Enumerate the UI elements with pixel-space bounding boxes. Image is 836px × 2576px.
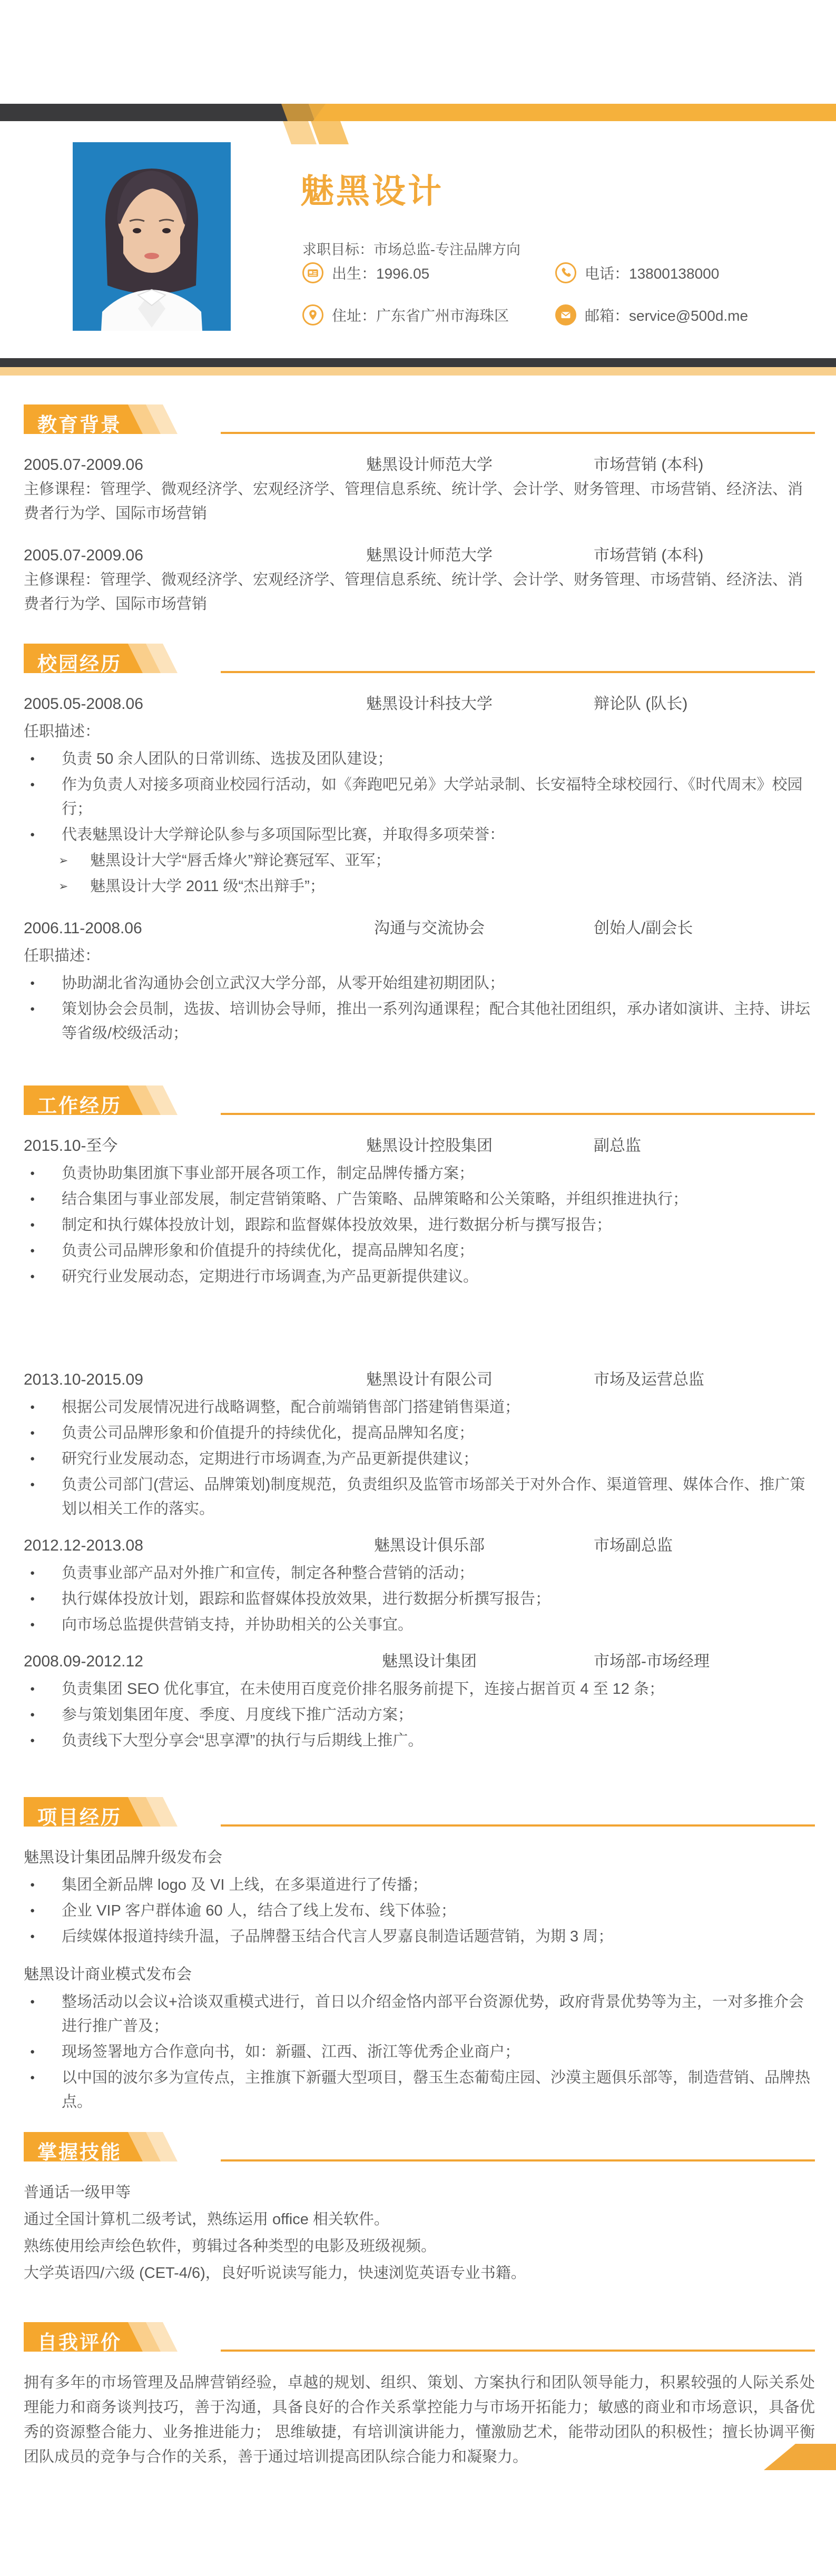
- section-rule: [221, 432, 815, 434]
- resume-page: 魅黑设计 求职目标：市场总监-专注品牌方向 出生：1996.05 电话：1380…: [0, 0, 836, 2576]
- job-objective: 求职目标：市场总监-专注品牌方向: [302, 238, 520, 259]
- section-badge: 工作经历: [24, 1085, 198, 1115]
- skill-line: 大学英语四/六级 (CET-4/6)，良好听说读写能力，快速浏览英语专业书籍。: [24, 2261, 815, 2285]
- phone-icon: [555, 262, 576, 283]
- section-rule: [221, 1113, 815, 1115]
- bullet-item: 制定和执行媒体投放计划，跟踪和监督媒体投放效果，进行数据分析与撰写报告；: [24, 1213, 815, 1237]
- entry-courses: 主修课程：管理学、微观经济学、宏观经济学、管理信息系统、统计学、会计学、财务管理…: [24, 568, 815, 616]
- bullet-item: 负责 50 余人团队的日常训练、选拔及团队建设；: [24, 747, 815, 771]
- entry-period: 2006.11-2008.06: [24, 916, 287, 941]
- entry-period: 2012.12-2013.08: [24, 1534, 287, 1558]
- entry-bullet-list: 协助湖北省沟通协会创立武汉大学分部，从零开始组建初期团队； 策划协会会员制，选拔…: [24, 971, 815, 1045]
- section-campus: 校园经历 2005.05-2008.06 魅黑设计科技大学 辩论队 (队长) 任…: [24, 644, 815, 1045]
- entry-role: 创始人/副会长: [572, 916, 815, 941]
- entry-courses: 主修课程：管理学、微观经济学、宏观经济学、管理信息系统、统计学、会计学、财务管理…: [24, 477, 815, 526]
- entry-heading-row: 2008.09-2012.12 魅黑设计集团 市场部-市场经理: [24, 1650, 815, 1674]
- section-skills-header: 掌握技能: [24, 2132, 815, 2162]
- entry-heading-row: 2005.05-2008.06 魅黑设计科技大学 辩论队 (队长): [24, 692, 815, 716]
- section-projects-header: 项目经历: [24, 1797, 815, 1827]
- bullet-item: 协助湖北省沟通协会创立武汉大学分部，从零开始组建初期团队；: [24, 971, 815, 995]
- campus-entry: 2006.11-2008.06 沟通与交流协会 创始人/副会长 任职描述： 协助…: [24, 916, 815, 1045]
- section-title: 工作经历: [37, 1090, 122, 1118]
- contact-info: 出生：1996.05 电话：13800138000 住址：广东省广州市海珠区 邮…: [302, 262, 808, 325]
- bullet-item: 负责协助集团旗下事业部开展各项工作，制定品牌传播方案；: [24, 1161, 815, 1186]
- campus-entry: 2005.05-2008.06 魅黑设计科技大学 辩论队 (队长) 任职描述： …: [24, 692, 815, 899]
- contact-address-text: 住址：广东省广州市海珠区: [332, 304, 509, 325]
- contact-email-text: 邮箱：service@500d.me: [585, 304, 748, 325]
- skill-line: 熟练使用绘声绘色软件，剪辑过各种类型的电影及班级视频。: [24, 2234, 815, 2258]
- section-title: 校园经历: [37, 648, 122, 676]
- entry-organization: 魅黑设计俱乐部: [287, 1534, 572, 1558]
- entry-role: 市场及运营总监: [572, 1368, 815, 1392]
- section-projects: 项目经历 魅黑设计集团品牌升级发布会 集团全新品牌 logo 及 VI 上线，在…: [24, 1797, 815, 2114]
- entry-organization: 魅黑设计控股集团: [287, 1134, 572, 1158]
- entry-bullet-list: 负责集团 SEO 优化事宜，在未使用百度竞价排名服务前提下，连接占据首页 4 至…: [24, 1677, 815, 1753]
- id-card-icon: [302, 262, 323, 283]
- top-banner-decorative-tail: [283, 121, 317, 144]
- entry-heading-row: 2005.07-2009.06 魅黑设计师范大学 市场营销 (本科): [24, 453, 815, 477]
- bullet-item: 根据公司发展情况进行战略调整，配合前端销售部门搭建销售渠道；: [24, 1395, 815, 1419]
- bullet-item: 负责公司部门(营运、品牌策划)制度规范，负责组织及监管市场部关于对外合作、渠道管…: [24, 1473, 815, 1521]
- bullet-item: 集团全新品牌 logo 及 VI 上线，在多渠道进行了传播；: [24, 1873, 815, 1897]
- work-entry: 2015.10-至今 魅黑设计控股集团 副总监 负责协助集团旗下事业部开展各项工…: [24, 1134, 815, 1289]
- section-campus-header: 校园经历: [24, 644, 815, 673]
- entry-bullet-list: 负责 50 余人团队的日常训练、选拔及团队建设； 作为负责人对接多项商业校园行活…: [24, 747, 815, 847]
- education-entry: 2005.07-2009.06 魅黑设计师范大学 市场营销 (本科) 主修课程：…: [24, 544, 815, 616]
- bullet-item: 参与策划集团年度、季度、月度线下推广活动方案；: [24, 1703, 815, 1727]
- skill-line: 普通话一级甲等: [24, 2180, 815, 2205]
- location-icon: [302, 304, 323, 325]
- bullet-item: 研究行业发展动态，定期进行市场调查,为产品更新提供建议；: [24, 1447, 815, 1471]
- entry-organization: 魅黑设计集团: [287, 1650, 572, 1674]
- bullet-item: 向市场总监提供营销支持，并协助相关的公关事宜。: [24, 1613, 815, 1637]
- work-entry: 2008.09-2012.12 魅黑设计集团 市场部-市场经理 负责集团 SEO…: [24, 1650, 815, 1753]
- entry-role: 副总监: [572, 1134, 815, 1158]
- self-evaluation-text: 拥有多年的市场管理及品牌营销经验，卓越的规划、组织、策划、方案执行和团队领导能力…: [24, 2371, 815, 2470]
- entry-heading-row: 2015.10-至今 魅黑设计控股集团 副总监: [24, 1134, 815, 1158]
- sub-bullet-item: 魅黑设计大学“唇舌烽火”辩论赛冠军、亚军；: [24, 848, 815, 873]
- bullet-item: 负责集团 SEO 优化事宜，在未使用百度竞价排名服务前提下，连接占据首页 4 至…: [24, 1677, 815, 1701]
- bullet-item: 代表魅黑设计大学辩论队参与多项国际型比赛，并取得多项荣誉：: [24, 823, 815, 847]
- entry-organization: 魅黑设计师范大学: [287, 544, 572, 568]
- contact-address: 住址：广东省广州市海珠区: [302, 304, 555, 325]
- contact-birth: 出生：1996.05: [302, 262, 555, 283]
- top-banner-dark-bar: [0, 104, 296, 121]
- project-name: 魅黑设计集团品牌升级发布会: [24, 1845, 815, 1870]
- entry-role: 市场副总监: [572, 1534, 815, 1558]
- project-bullet-list: 集团全新品牌 logo 及 VI 上线，在多渠道进行了传播； 企业 VIP 客户…: [24, 1873, 815, 1949]
- candidate-name: 魅黑设计: [300, 164, 444, 213]
- section-title: 掌握技能: [37, 2136, 122, 2165]
- bullet-item: 企业 VIP 客户群体逾 60 人，结合了线上发布、线下体验；: [24, 1899, 815, 1923]
- profile-photo: [73, 142, 231, 331]
- section-rule: [221, 2159, 815, 2162]
- header-divider-tan: [0, 367, 836, 376]
- section-evaluation-header: 自我评价: [24, 2322, 815, 2352]
- entry-description-label: 任职描述：: [24, 719, 815, 744]
- entry-period: 2013.10-2015.09: [24, 1368, 287, 1392]
- bullet-item: 负责事业部产品对外推广和宣传，制定各种整合营销的活动；: [24, 1561, 815, 1585]
- education-entry: 2005.07-2009.06 魅黑设计师范大学 市场营销 (本科) 主修课程：…: [24, 453, 815, 526]
- section-title: 自我评价: [37, 2326, 122, 2355]
- contact-phone-text: 电话：13800138000: [585, 262, 719, 283]
- entry-organization: 魅黑设计有限公司: [287, 1368, 572, 1392]
- mail-icon: [555, 304, 576, 325]
- entry-heading-row: 2005.07-2009.06 魅黑设计师范大学 市场营销 (本科): [24, 544, 815, 568]
- section-education-header: 教育背景: [24, 404, 815, 434]
- bullet-item: 策划协会会员制，选拔、培训协会导师，推出一系列沟通课程；配合其他社团组织，承办诸…: [24, 997, 815, 1045]
- section-rule: [221, 1824, 815, 1827]
- sub-bullet-item: 魅黑设计大学 2011 级“杰出辩手”；: [24, 874, 815, 899]
- work-entry: 2013.10-2015.09 魅黑设计有限公司 市场及运营总监 根据公司发展情…: [24, 1368, 815, 1521]
- entry-sub-bullet-list: 魅黑设计大学“唇舌烽火”辩论赛冠军、亚军； 魅黑设计大学 2011 级“杰出辩手…: [24, 848, 815, 899]
- entry-organization: 魅黑设计科技大学: [287, 692, 572, 716]
- bullet-item: 负责线下大型分享会“思享潭”的执行与后期线上推广。: [24, 1729, 815, 1753]
- contact-phone: 电话：13800138000: [555, 262, 808, 283]
- skill-line: 通过全国计算机二级考试，熟练运用 office 相关软件。: [24, 2207, 815, 2232]
- entry-bullet-list: 负责协助集团旗下事业部开展各项工作，制定品牌传播方案； 结合集团与事业部发展，制…: [24, 1161, 815, 1289]
- section-rule: [221, 671, 815, 673]
- bullet-item: 研究行业发展动态，定期进行市场调查,为产品更新提供建议。: [24, 1265, 815, 1289]
- contact-birth-text: 出生：1996.05: [332, 262, 429, 283]
- section-work: 工作经历 2015.10-至今 魅黑设计控股集团 副总监 负责协助集团旗下事业部…: [24, 1085, 815, 1753]
- entry-heading-row: 2012.12-2013.08 魅黑设计俱乐部 市场副总监: [24, 1534, 815, 1558]
- entry-heading-row: 2013.10-2015.09 魅黑设计有限公司 市场及运营总监: [24, 1368, 815, 1392]
- bullet-item: 负责公司品牌形象和价值提升的持续优化，提高品牌知名度；: [24, 1421, 815, 1445]
- top-banner-decorative-tail: [311, 121, 349, 144]
- project-name: 魅黑设计商业模式发布会: [24, 1962, 815, 1987]
- entry-bullet-list: 负责事业部产品对外推广和宣传，制定各种整合营销的活动； 执行媒体投放计划，跟踪和…: [24, 1561, 815, 1637]
- section-rule: [221, 2350, 815, 2352]
- section-work-header: 工作经历: [24, 1085, 815, 1115]
- project-item: 魅黑设计商业模式发布会 整场活动以会议+洽谈双重模式进行，首日以介绍金恪内部平台…: [24, 1962, 815, 2114]
- entry-period: 2008.09-2012.12: [24, 1650, 287, 1674]
- section-title: 项目经历: [37, 1801, 122, 1830]
- entry-role: 市场部-市场经理: [572, 1650, 815, 1674]
- entry-organization: 沟通与交流协会: [287, 916, 572, 941]
- entry-period: 2005.07-2009.06: [24, 453, 287, 477]
- resume-sections: 教育背景 2005.07-2009.06 魅黑设计师范大学 市场营销 (本科) …: [24, 404, 815, 2497]
- bullet-item: 结合集团与事业部发展，制定营销策略、广告策略、品牌策略和公关策略，并组织推进执行…: [24, 1187, 815, 1211]
- project-bullet-list: 整场活动以会议+洽谈双重模式进行，首日以介绍金恪内部平台资源优势，政府背景优势等…: [24, 1990, 815, 2114]
- section-skills: 掌握技能 普通话一级甲等 通过全国计算机二级考试，熟练运用 office 相关软…: [24, 2132, 815, 2285]
- top-banner-orange-bar: [293, 104, 836, 121]
- bullet-item: 以中国的波尔多为宣传点，主推旗下新疆大型项目，罄玉生态葡萄庄园、沙漠主题俱乐部等…: [24, 2066, 815, 2114]
- section-title: 教育背景: [37, 409, 122, 437]
- entry-period: 2015.10-至今: [24, 1134, 287, 1158]
- entry-description-label: 任职描述：: [24, 944, 815, 968]
- section-badge: 自我评价: [24, 2322, 198, 2352]
- section-badge: 掌握技能: [24, 2132, 198, 2162]
- header-divider-dark: [0, 358, 836, 367]
- entry-bullet-list: 根据公司发展情况进行战略调整，配合前端销售部门搭建销售渠道； 负责公司品牌形象和…: [24, 1395, 815, 1521]
- bullet-item: 后续媒体报道持续升温，子品牌罄玉结合代言人罗嘉良制造话题营销，为期 3 周；: [24, 1924, 815, 1949]
- section-badge: 校园经历: [24, 644, 198, 673]
- entry-period: 2005.05-2008.06: [24, 692, 287, 716]
- section-badge: 教育背景: [24, 404, 198, 434]
- section-evaluation: 自我评价 拥有多年的市场管理及品牌营销经验，卓越的规划、组织、策划、方案执行和团…: [24, 2322, 815, 2470]
- entry-heading-row: 2006.11-2008.06 沟通与交流协会 创始人/副会长: [24, 916, 815, 941]
- entry-period: 2005.07-2009.06: [24, 544, 287, 568]
- entry-role: 市场营销 (本科): [572, 544, 815, 568]
- entry-role: 辩论队 (队长): [572, 692, 815, 716]
- entry-role: 市场营销 (本科): [572, 453, 815, 477]
- bullet-item: 执行媒体投放计划，跟踪和监督媒体投放效果，进行数据分析撰写报告；: [24, 1587, 815, 1611]
- bullet-item: 现场签署地方合作意向书，如：新疆、江西、浙江等优秀企业商户；: [24, 2040, 815, 2064]
- section-badge: 项目经历: [24, 1797, 198, 1827]
- bullet-item: 作为负责人对接多项商业校园行活动，如《奔跑吧兄弟》大学站录制、长安福特全球校园行…: [24, 773, 815, 821]
- contact-email: 邮箱：service@500d.me: [555, 304, 808, 325]
- section-education: 教育背景 2005.07-2009.06 魅黑设计师范大学 市场营销 (本科) …: [24, 404, 815, 616]
- work-entry: 2012.12-2013.08 魅黑设计俱乐部 市场副总监 负责事业部产品对外推…: [24, 1534, 815, 1637]
- bullet-item: 负责公司品牌形象和价值提升的持续优化，提高品牌知名度；: [24, 1239, 815, 1263]
- entry-organization: 魅黑设计师范大学: [287, 453, 572, 477]
- project-item: 魅黑设计集团品牌升级发布会 集团全新品牌 logo 及 VI 上线，在多渠道进行…: [24, 1845, 815, 1949]
- bullet-item: 整场活动以会议+洽谈双重模式进行，首日以介绍金恪内部平台资源优势，政府背景优势等…: [24, 1990, 815, 2038]
